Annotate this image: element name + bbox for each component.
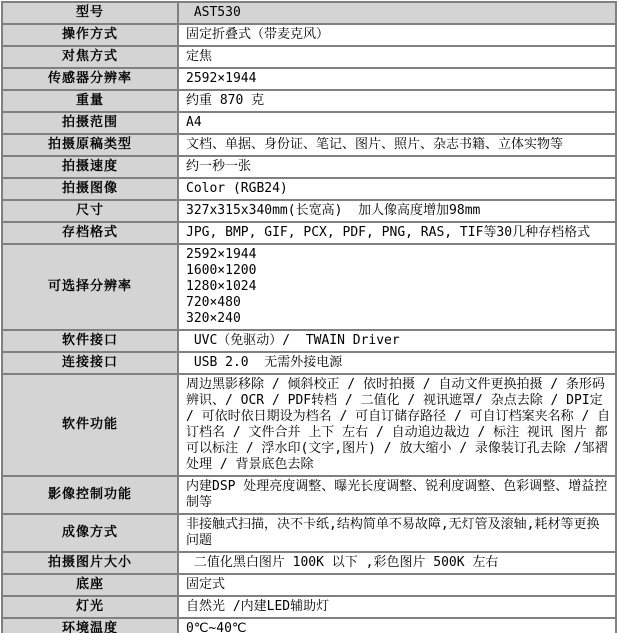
row-label: 可选择分辨率: [2, 244, 178, 330]
row-label: 影像控制功能: [2, 476, 178, 514]
row-label: 重量: [2, 90, 178, 112]
table-row: 型号 AST530: [2, 2, 616, 24]
table-row: 拍摄原稿类型文档、单据、身份证、笔记、图片、照片、杂志书籍、立体实物等: [2, 134, 616, 156]
row-label: 存档格式: [2, 222, 178, 244]
table-row: 操作方式固定折叠式（带麦克风）: [2, 24, 616, 46]
row-value: 定焦: [178, 46, 616, 68]
row-label: 软件接口: [2, 330, 178, 352]
row-value: 2592×1944: [178, 68, 616, 90]
row-label: 拍摄范围: [2, 112, 178, 134]
table-row: 成像方式非接触式扫描，决不卡纸,结构简单不易故障,无灯管及滚轴,耗材等更换问题: [2, 514, 616, 552]
row-label: 环境温度: [2, 618, 178, 633]
row-value: 2592×1944 1600×1200 1280×1024 720×480 32…: [178, 244, 616, 330]
row-value: 固定式: [178, 574, 616, 596]
row-value: 固定折叠式（带麦克风）: [178, 24, 616, 46]
row-label: 操作方式: [2, 24, 178, 46]
table-row: 软件接口 UVC（免驱动）/ TWAIN Driver: [2, 330, 616, 352]
row-value: 0℃~40℃: [178, 618, 616, 633]
row-label: 型号: [2, 2, 178, 24]
table-row: 环境温度0℃~40℃: [2, 618, 616, 633]
table-row: 影像控制功能内建DSP 处理亮度调整、曝光长度调整、锐利度调整、色彩调整、增益控…: [2, 476, 616, 514]
row-label: 成像方式: [2, 514, 178, 552]
row-label: 连接接口: [2, 352, 178, 374]
row-value: Color (RGB24): [178, 178, 616, 200]
table-row: 软件功能周边黑影移除 / 倾斜校正 / 依时拍摄 / 自动文件更换拍摄 / 条形…: [2, 374, 616, 476]
row-label: 对焦方式: [2, 46, 178, 68]
table-row: 连接接口 USB 2.0 无需外接电源: [2, 352, 616, 374]
row-label: 传感器分辨率: [2, 68, 178, 90]
row-value: 二值化黑白图片 100K 以下 ,彩色图片 500K 左右: [178, 552, 616, 574]
table-row: 尺寸327x315x340mm(长宽高) 加人像高度增加98mm: [2, 200, 616, 222]
row-value: 非接触式扫描，决不卡纸,结构简单不易故障,无灯管及滚轴,耗材等更换问题: [178, 514, 616, 552]
row-label: 灯光: [2, 596, 178, 618]
row-label: 软件功能: [2, 374, 178, 476]
row-value: 内建DSP 处理亮度调整、曝光长度调整、锐利度调整、色彩调整、增益控制等: [178, 476, 616, 514]
table-row: 灯光自然光 /内建LED辅助灯: [2, 596, 616, 618]
spec-table-body: 型号 AST530操作方式固定折叠式（带麦克风）对焦方式定焦传感器分辨率2592…: [2, 2, 616, 633]
table-row: 拍摄图片大小 二值化黑白图片 100K 以下 ,彩色图片 500K 左右: [2, 552, 616, 574]
row-value: 自然光 /内建LED辅助灯: [178, 596, 616, 618]
spec-table: 型号 AST530操作方式固定折叠式（带麦克风）对焦方式定焦传感器分辨率2592…: [1, 1, 617, 633]
table-row: 底座固定式: [2, 574, 616, 596]
row-label: 拍摄图像: [2, 178, 178, 200]
row-value: 327x315x340mm(长宽高) 加人像高度增加98mm: [178, 200, 616, 222]
row-label: 尺寸: [2, 200, 178, 222]
row-value: AST530: [178, 2, 616, 24]
row-label: 底座: [2, 574, 178, 596]
row-value: 文档、单据、身份证、笔记、图片、照片、杂志书籍、立体实物等: [178, 134, 616, 156]
table-row: 拍摄范围A4: [2, 112, 616, 134]
table-row: 对焦方式定焦: [2, 46, 616, 68]
table-row: 拍摄图像Color (RGB24): [2, 178, 616, 200]
row-value: 约一秒一张: [178, 156, 616, 178]
row-label: 拍摄速度: [2, 156, 178, 178]
row-label: 拍摄图片大小: [2, 552, 178, 574]
table-row: 拍摄速度约一秒一张: [2, 156, 616, 178]
row-value: UVC（免驱动）/ TWAIN Driver: [178, 330, 616, 352]
table-row: 可选择分辨率2592×1944 1600×1200 1280×1024 720×…: [2, 244, 616, 330]
row-value: JPG, BMP, GIF, PCX, PDF, PNG, RAS, TIF等3…: [178, 222, 616, 244]
table-row: 重量约重 870 克: [2, 90, 616, 112]
row-value: A4: [178, 112, 616, 134]
table-row: 传感器分辨率2592×1944: [2, 68, 616, 90]
row-label: 拍摄原稿类型: [2, 134, 178, 156]
spec-page: 型号 AST530操作方式固定折叠式（带麦克风）对焦方式定焦传感器分辨率2592…: [0, 0, 620, 633]
row-value: 周边黑影移除 / 倾斜校正 / 依时拍摄 / 自动文件更换拍摄 / 条形码辨识、…: [178, 374, 616, 476]
row-value: USB 2.0 无需外接电源: [178, 352, 616, 374]
row-value: 约重 870 克: [178, 90, 616, 112]
table-row: 存档格式JPG, BMP, GIF, PCX, PDF, PNG, RAS, T…: [2, 222, 616, 244]
